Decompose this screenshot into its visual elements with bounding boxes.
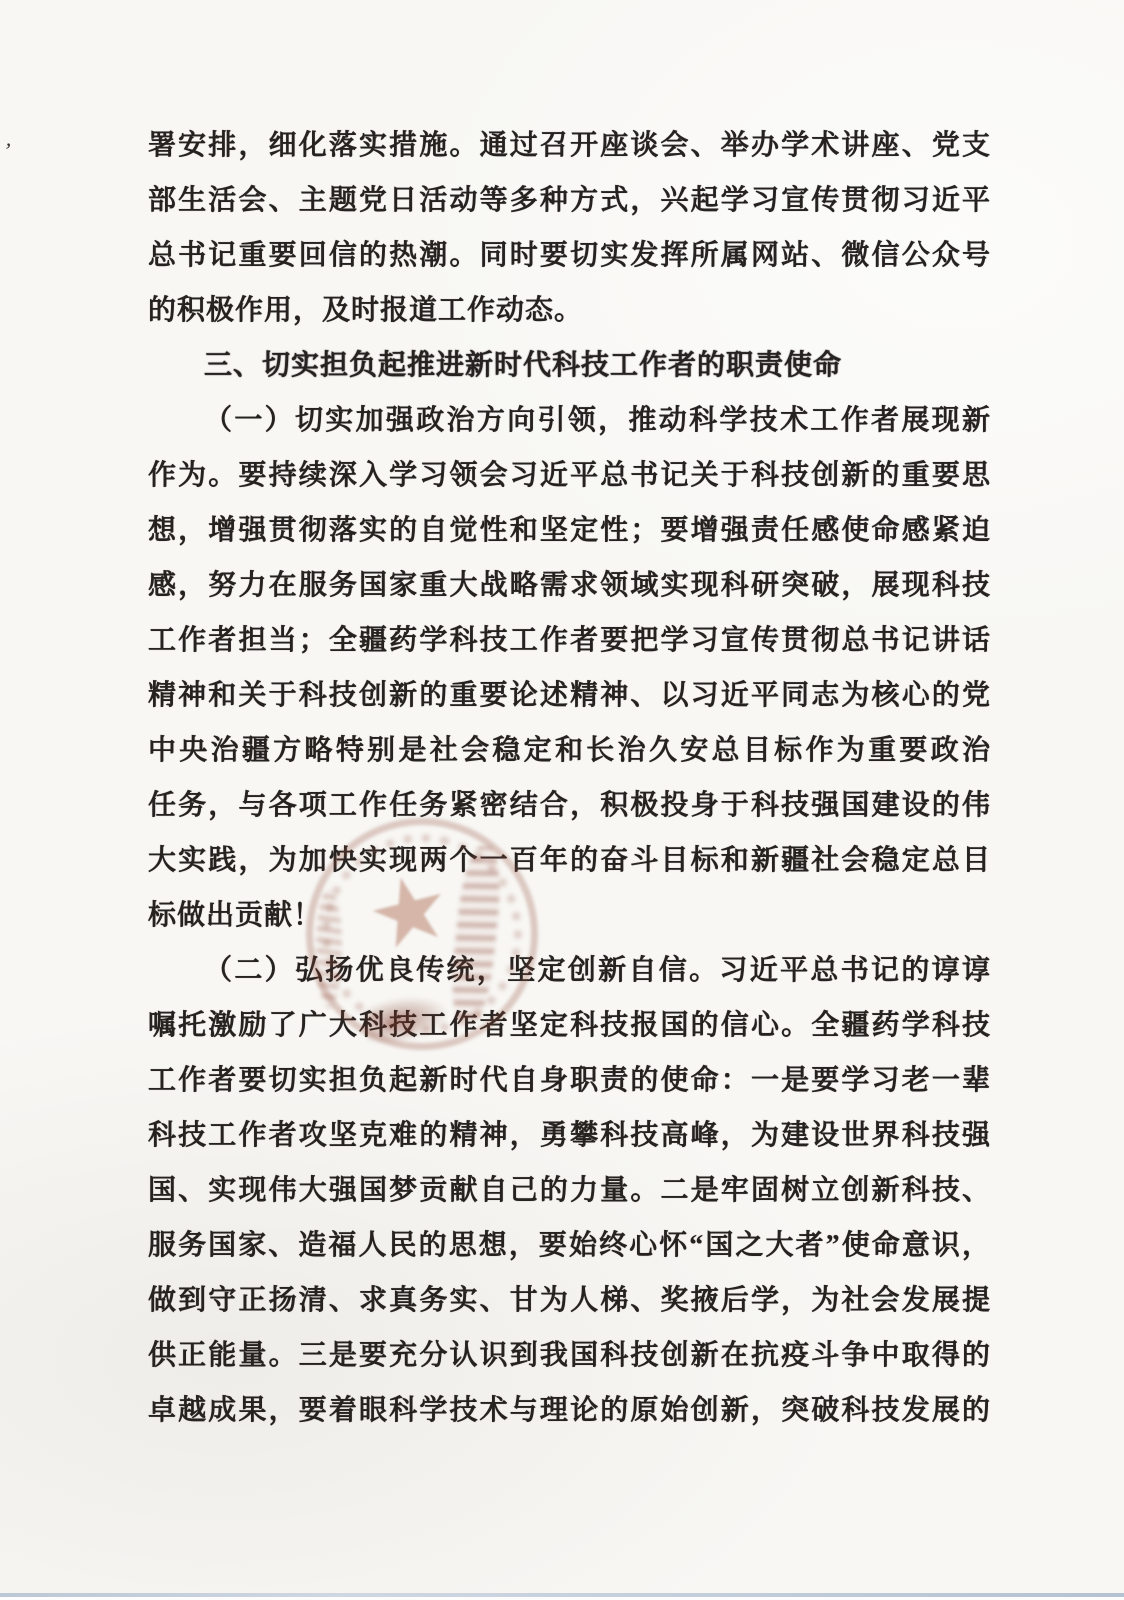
text-line: 工作者要切实担负起新时代自身职责的使命：一是要学习老一辈 — [148, 1053, 991, 1108]
text-line: 嘱托激励了广大科技工作者坚定科技报国的信心。全疆药学科技 — [148, 998, 991, 1053]
text-line: 做到守正扬清、求真务实、甘为人梯、奖掖后学，为社会发展提 — [148, 1273, 991, 1328]
text-line: （一）切实加强政治方向引领，推动科学技术工作者展现新 — [148, 393, 991, 448]
text-line: （二）弘扬优良传统，坚定创新自信。习近平总书记的谆谆 — [148, 943, 991, 998]
section-heading-line: 三、切实担负起推进新时代科技工作者的职责使命 — [148, 338, 991, 393]
text-line: 精神和关于科技创新的重要论述精神、以习近平同志为核心的党 — [148, 668, 991, 723]
text-line: 国、实现伟大强国梦贡献自己的力量。二是牢固树立创新科技、 — [148, 1163, 991, 1218]
text-line: 部生活会、主题党日活动等多种方式，兴起学习宣传贯彻习近平 — [148, 173, 991, 228]
text-line: 中央治疆方略特别是社会稳定和长治久安总目标作为重要政治 — [148, 723, 991, 778]
text-line: 供正能量。三是要充分认识到我国科技创新在抗疫斗争中取得的 — [148, 1328, 991, 1383]
text-line: 感，努力在服务国家重大战略需求领域实现科研突破，展现科技 — [148, 558, 991, 613]
text-line: 想，增强贯彻落实的自觉性和坚定性；要增强责任感使命感紧迫 — [148, 503, 991, 558]
text-line: 总书记重要回信的热潮。同时要切实发挥所属网站、微信公众号 — [148, 228, 991, 283]
text-line: 卓越成果，要着眼科学技术与理论的原始创新，突破科技发展的 — [148, 1383, 991, 1438]
text-line: 工作者担当；全疆药学科技工作者要把学习宣传贯彻总书记讲话 — [148, 613, 991, 668]
scanned-document-page: ’ 署安排，细化落实措施。通过召开座谈会、举办学术讲座、党支部生活会、主题党日活… — [0, 0, 1124, 1600]
text-line: 服务国家、造福人民的思想，要始终心怀“国之大者”使命意识， — [148, 1218, 991, 1273]
text-line: 署安排，细化落实措施。通过召开座谈会、举办学术讲座、党支 — [148, 118, 991, 173]
text-line: 的积极作用，及时报道工作动态。 — [148, 283, 991, 338]
scan-artifact-mark: ’ — [2, 138, 13, 165]
text-line: 任务，与各项工作任务紧密结合，积极投身于科技强国建设的伟 — [148, 778, 991, 833]
text-line: 大实践，为加快实现两个一百年的奋斗目标和新疆社会稳定总目 — [148, 833, 991, 888]
document-body: 署安排，细化落实措施。通过召开座谈会、举办学术讲座、党支部生活会、主题党日活动等… — [148, 118, 991, 1438]
text-line: 科技工作者攻坚克难的精神，勇攀科技高峰，为建设世界科技强 — [148, 1108, 991, 1163]
text-line: 作为。要持续深入学习领会习近平总书记关于科技创新的重要思 — [148, 448, 991, 503]
text-line: 标做出贡献！ — [148, 888, 991, 943]
